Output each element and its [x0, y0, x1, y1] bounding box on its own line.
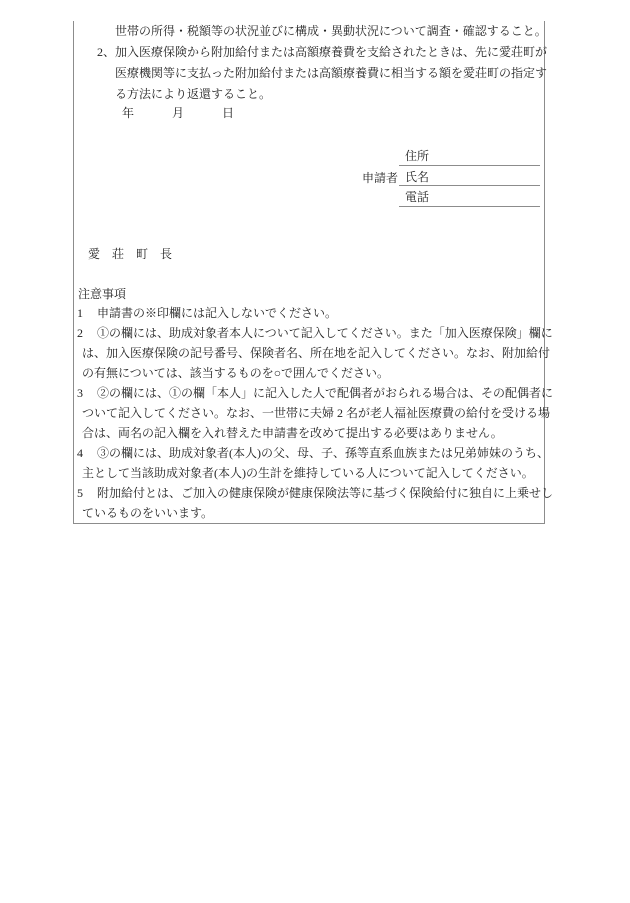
applicant-address-line: [399, 165, 540, 166]
pledge-item2-line-1: 加入医療保険から附加給付または高額療養費を支給されたときは、先に愛荘町が: [115, 45, 547, 59]
applicant-name-line: [399, 185, 540, 186]
pledge-item2-line-2: 医療機関等に支払った附加給付または高額療養費に相当する額を愛荘町の指定す: [115, 66, 547, 80]
pledge-item2-number: 2、: [97, 45, 115, 59]
note-3-line-3: 合は、両名の記入欄を入れ替えた申請書を改めて提出する必要はありません。: [82, 426, 503, 440]
date-month-label: 月: [172, 106, 184, 120]
note-3-line-2: ついて記入してください。なお、一世帯に夫婦 2 名が老人福祉医療費の給付を受ける…: [82, 406, 550, 420]
note-2-line-2: は、加入医療保険の記号番号、保険者名、所在地を記入してください。なお、附加給付: [82, 346, 550, 360]
note-2-number: 2: [77, 326, 83, 340]
addressee-mayor: 愛 荘 町 長: [88, 247, 172, 261]
pledge-continuation-line: 世帯の所得・税額等の状況並びに構成・異動状況について調査・確認すること。: [115, 24, 547, 38]
note-3-line-1: ②の欄には、①の欄「本人」に記入した人で配偶者がおられる場合は、その配偶者に: [97, 386, 553, 400]
note-5-line-1: 附加給付とは、ご加入の健康保険が健康保険法等に基づく保険給付に独自に上乗せし: [97, 486, 553, 500]
note-3-number: 3: [77, 386, 83, 400]
note-2-line-3: の有無については、該当するものを○で囲んでください。: [82, 366, 389, 380]
note-4-number: 4: [77, 446, 83, 460]
applicant-address-label: 住所: [405, 149, 429, 163]
applicant-phone-line: [399, 206, 540, 207]
note-4-line-1: ③の欄には、助成対象者(本人)の父、母、子、孫等直系血族または兄弟姉妹のうち、: [97, 446, 549, 460]
applicant-name-label: 氏名: [405, 170, 429, 184]
notes-heading: 注意事項: [78, 287, 126, 301]
pledge-item2-line-3: る方法により返還すること。: [115, 87, 271, 101]
note-4-line-2: 主として当該助成対象者(本人)の生計を維持している人について記入してください。: [82, 466, 534, 480]
note-1-line-1: 申請書の※印欄には記入しないでください。: [97, 306, 337, 320]
note-2-line-1: ①の欄には、助成対象者本人について記入してください。また「加入医療保険」欄に: [97, 326, 553, 340]
note-5-number: 5: [77, 486, 83, 500]
application-form-page: 世帯の所得・税額等の状況並びに構成・異動状況について調査・確認すること。 2、 …: [0, 0, 630, 903]
date-year-label: 年: [122, 106, 134, 120]
date-day-label: 日: [222, 106, 234, 120]
note-5-line-2: ているものをいいます。: [82, 506, 213, 520]
note-1-number: 1: [77, 306, 83, 320]
applicant-phone-label: 電話: [405, 190, 429, 204]
applicant-label: 申請者: [362, 171, 398, 185]
